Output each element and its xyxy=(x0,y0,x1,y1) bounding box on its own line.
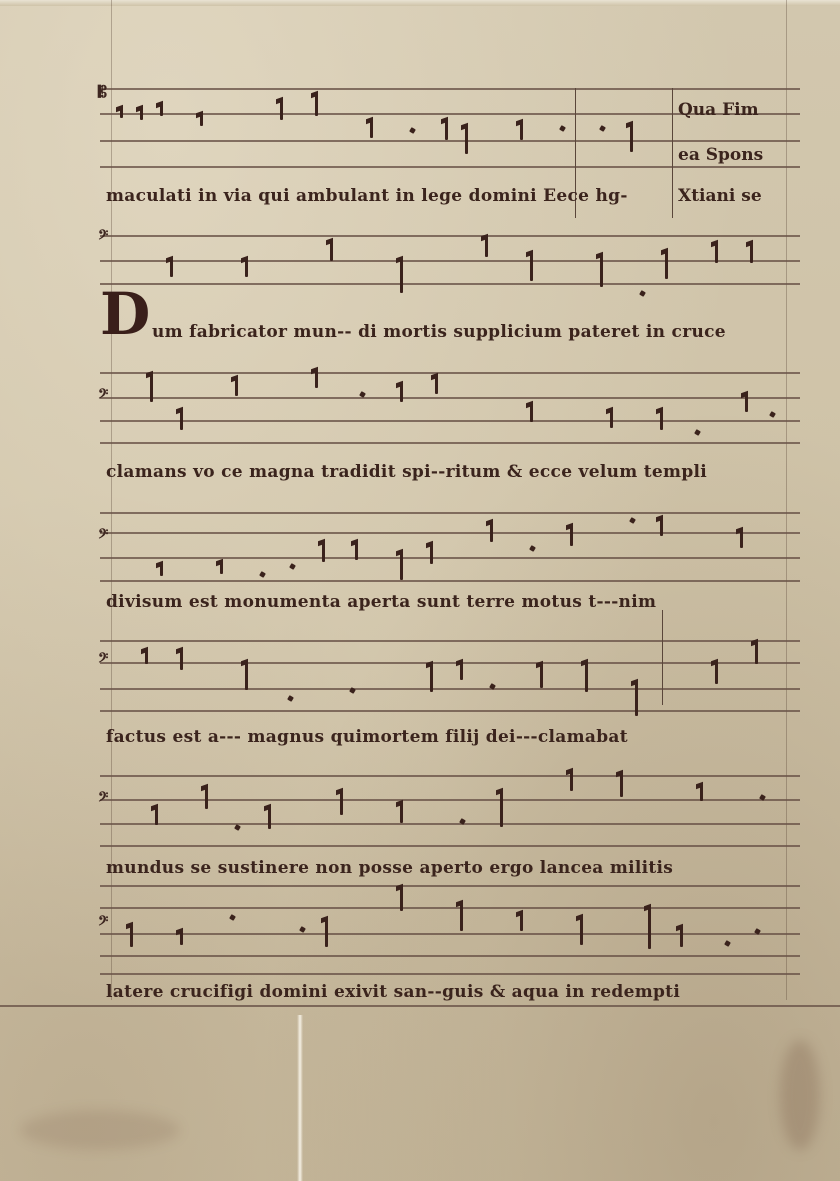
section-divider xyxy=(662,610,663,705)
manuscript-page: 𝄡 Qua Fim ea Spons Xtiani se maculati in… xyxy=(0,0,840,1181)
f-clef-icon: 𝄢 xyxy=(98,526,108,546)
bottom-ruling xyxy=(0,1005,840,1007)
staff-3: 𝄢 xyxy=(100,372,800,442)
staff-2: 𝄢 xyxy=(100,235,800,305)
lyric-line: clamans vo ce magna tradidit spi--ritum … xyxy=(106,462,796,482)
f-clef-icon: 𝄢 xyxy=(98,227,108,247)
stain xyxy=(20,1110,180,1150)
side-text-line: Xtiani se xyxy=(678,186,808,206)
lyric-line: factus est a--- magnus quimortem filij d… xyxy=(106,727,796,747)
f-clef-icon: 𝄢 xyxy=(98,913,108,933)
side-text-line: ea Spons xyxy=(678,145,808,165)
decorated-initial: D xyxy=(100,284,150,344)
staff-7: 𝄢 xyxy=(100,885,800,975)
lyric-line: um fabricator mun-- di mortis supplicium… xyxy=(152,322,797,342)
page-top-edge xyxy=(0,0,840,6)
staff-6: 𝄢 xyxy=(100,775,800,845)
lyric-line: divisum est monumenta aperta sunt terre … xyxy=(106,592,796,612)
side-text-line: Qua Fim xyxy=(678,100,808,120)
lyric-line: maculati in via qui ambulant in lege dom… xyxy=(106,186,671,206)
lyric-line: latere crucifigi domini exivit san--guis… xyxy=(106,982,796,1002)
section-divider xyxy=(672,88,673,218)
stain xyxy=(780,1040,820,1150)
staff-5: 𝄢 xyxy=(100,640,800,710)
f-clef-icon: 𝄢 xyxy=(98,650,108,670)
f-clef-icon: 𝄢 xyxy=(98,789,108,809)
c-clef-icon: 𝄡 xyxy=(98,82,107,102)
f-clef-icon: 𝄢 xyxy=(98,386,108,406)
staff-4: 𝄢 xyxy=(100,512,800,582)
page-crease xyxy=(297,1015,303,1181)
lyric-line: mundus se sustinere non posse aperto erg… xyxy=(106,858,796,878)
